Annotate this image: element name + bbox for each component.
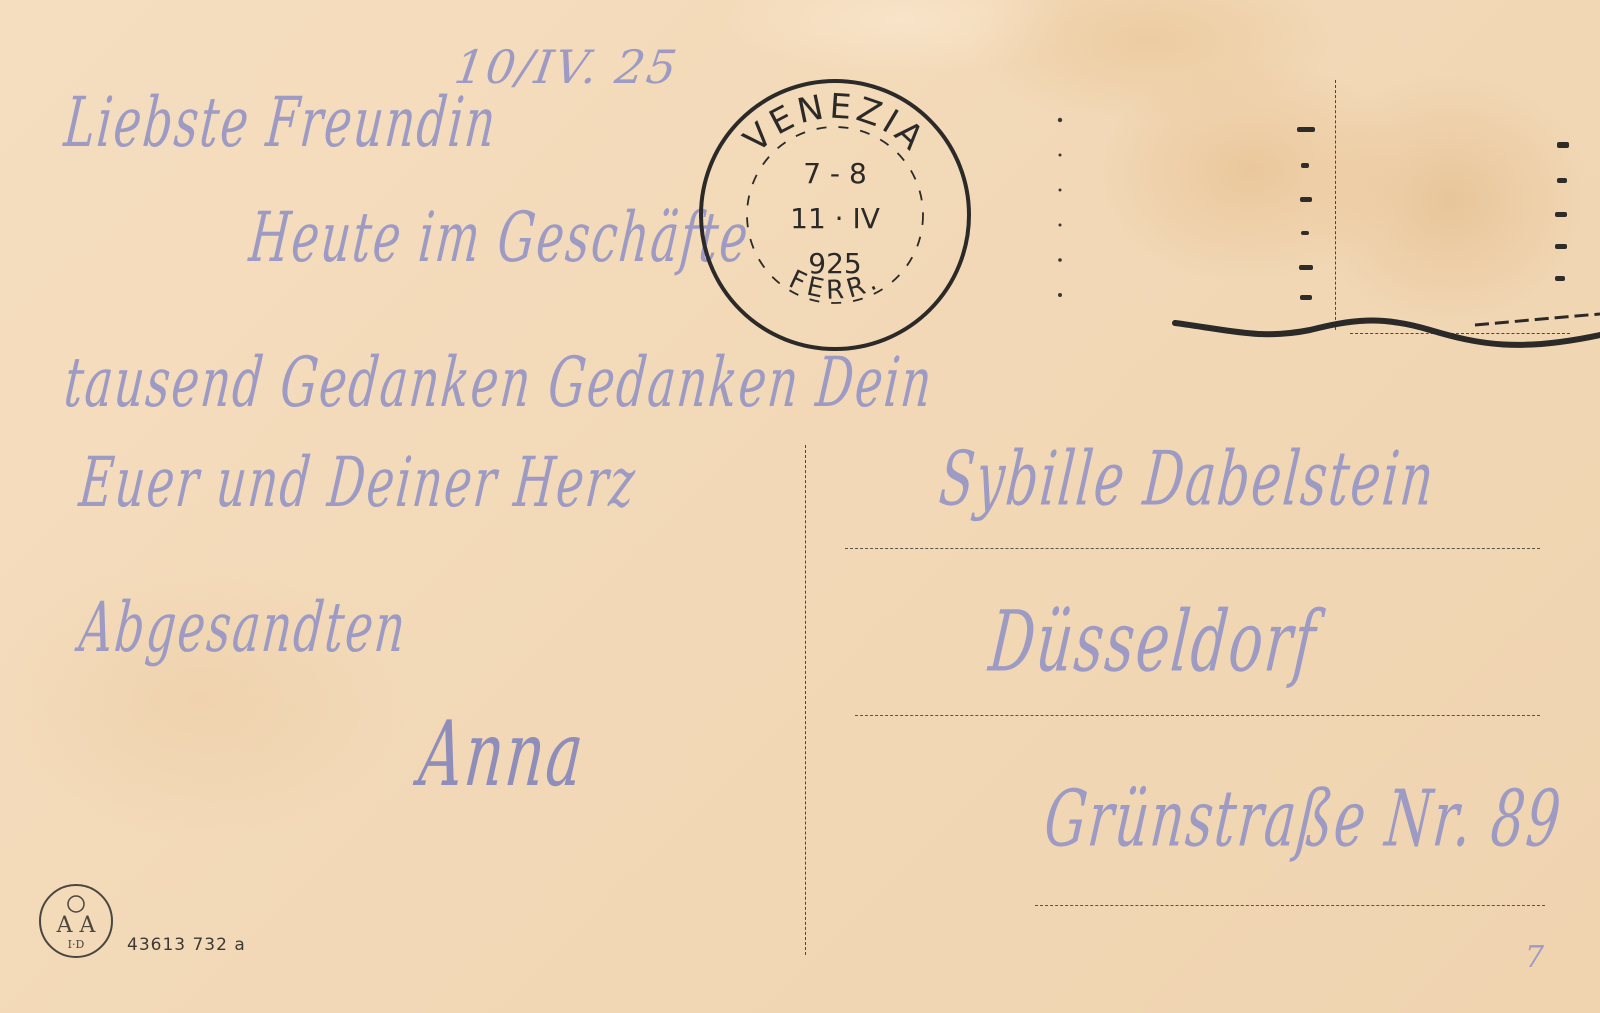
- svg-text:A A: A A: [56, 913, 97, 938]
- center-divider: [805, 445, 806, 955]
- cancel-ticks-right-icon: [1555, 140, 1600, 300]
- address-rule-2: [855, 715, 1540, 716]
- stamp-box-border: [1335, 80, 1336, 330]
- address-city: Düsseldorf: [985, 594, 1321, 692]
- cancel-ticks-mid-icon: [1295, 125, 1325, 305]
- cancel-ticks-left-icon: [1050, 110, 1070, 330]
- address-rule-3: [1035, 905, 1545, 906]
- wavy-cancel-line-icon: [1150, 300, 1600, 370]
- signature: Anna: [415, 703, 589, 808]
- corner-number: 7: [1525, 940, 1544, 975]
- svg-text:925: 925: [808, 247, 861, 280]
- publisher-logo-icon: A A I·D: [37, 882, 115, 960]
- message-line-1: Liebste Freundin: [61, 82, 501, 163]
- svg-text:VENEZIA: VENEZIA: [736, 86, 934, 160]
- catalog-number: 43613 732 a: [127, 935, 246, 955]
- message-date: 10/IV. 25: [451, 40, 682, 94]
- venezia-postmark-icon: VENEZIA FERR. 7 - 8 11 · IV 925: [695, 78, 975, 353]
- address-street: Grünstraße Nr. 89: [1041, 775, 1566, 865]
- svg-text:I·D: I·D: [68, 938, 85, 951]
- postcard: Liebste Freundin 10/IV. 25 Heute im Gesc…: [0, 0, 1600, 1013]
- address-name: Sybille Dabelstein: [936, 436, 1439, 523]
- address-rule-1: [845, 548, 1540, 549]
- message-line-3: tausend Gedanken Gedanken Dein: [61, 342, 937, 423]
- svg-text:11 · IV: 11 · IV: [790, 202, 880, 235]
- message-line-2: Heute im Geschäfte: [246, 197, 753, 278]
- message-line-4: Euer und Deiner Herz: [76, 442, 640, 523]
- message-line-5: Abgesandten: [76, 587, 410, 668]
- svg-text:7 - 8: 7 - 8: [803, 157, 867, 190]
